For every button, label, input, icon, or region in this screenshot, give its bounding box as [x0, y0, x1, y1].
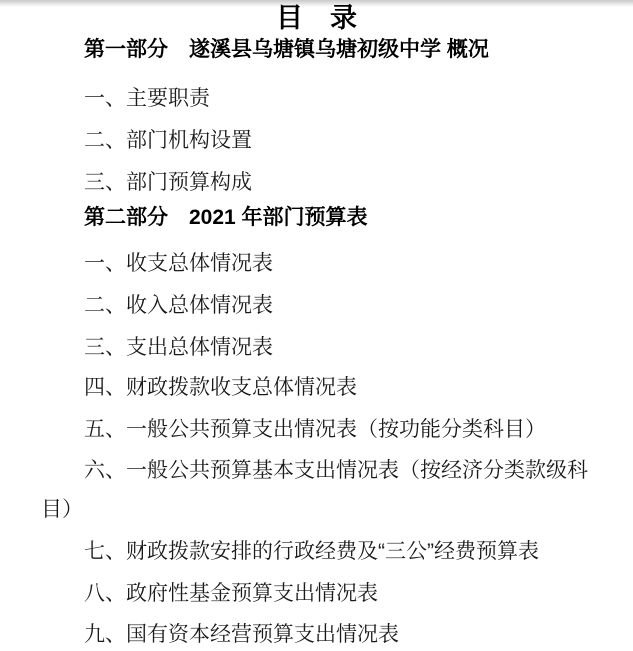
toc-entry: 三、部门预算构成	[84, 163, 252, 202]
toc-entry: 六、一般公共预算基本支出情况表（按经济分类款级科目）	[41, 451, 590, 529]
toc-entry: 三、支出总体情况表	[84, 328, 273, 367]
toc-entry: 九、国有资本经营预算支出情况表	[84, 615, 399, 651]
document-page: 目 录 第一部分 遂溪县乌塘镇乌塘初级中学 概况 一、主要职责 二、部门机构设置…	[0, 0, 633, 651]
toc-entry: 七、财政拨款安排的行政经费及“三公”经费预算表	[84, 532, 539, 571]
toc-entry: 四、财政拨款收支总体情况表	[84, 368, 357, 407]
toc-entry: 二、收入总体情况表	[84, 286, 273, 325]
toc-entry: 一、收支总体情况表	[84, 244, 273, 283]
toc-entry: 八、政府性基金预算支出情况表	[84, 574, 378, 613]
toc-entry: 一、主要职责	[84, 79, 210, 118]
section-heading-part2: 第二部分 2021 年部门预算表	[84, 198, 368, 237]
section-heading-part1: 第一部分 遂溪县乌塘镇乌塘初级中学 概况	[84, 30, 489, 69]
toc-entry: 二、部门机构设置	[84, 121, 252, 160]
toc-entry: 五、一般公共预算支出情况表（按功能分类科目）	[84, 410, 546, 449]
